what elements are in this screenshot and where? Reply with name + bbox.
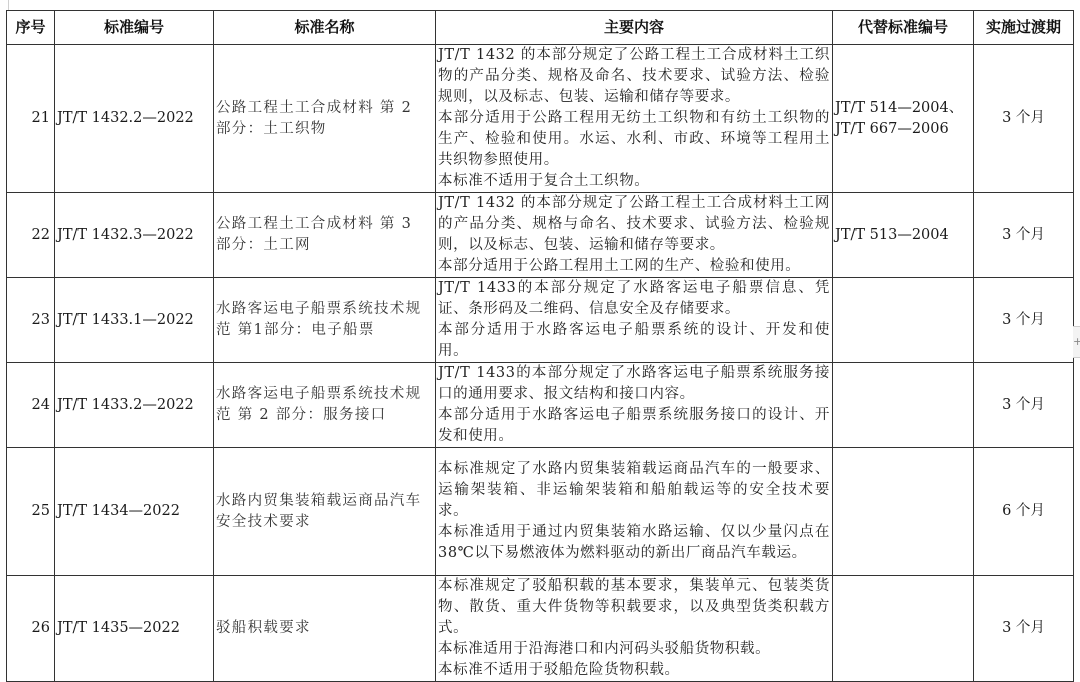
table-row: 21 JT/T 1432.2—2022 公路工程土工合成材料 第 2 部分：土工… xyxy=(7,45,1074,193)
cell-replaces: JT/T 513—2004 xyxy=(833,193,974,278)
content-paragraph: JT/T 1432 的本部分规定了公路工程土工合成材料土工织物的产品分类、规格及… xyxy=(438,45,830,108)
header-name: 标准名称 xyxy=(214,11,436,45)
content-paragraph: JT/T 1433的本部分规定了水路客运电子船票信息、凭证、条形码及二维码、信息… xyxy=(438,278,830,320)
cell-code: JT/T 1434—2022 xyxy=(55,448,214,576)
header-code: 标准编号 xyxy=(55,11,214,45)
cell-replaces xyxy=(833,363,974,448)
cell-seq: 25 xyxy=(7,448,55,576)
cell-name: 公路工程土工合成材料 第 3 部分：土工网 xyxy=(214,193,436,278)
cell-seq: 24 xyxy=(7,363,55,448)
cell-replaces xyxy=(833,576,974,682)
cell-period: 3 个月 xyxy=(974,45,1074,193)
table-row: 26 JT/T 1435—2022 驳船积载要求 本标准规定了驳船积载的基本要求… xyxy=(7,576,1074,682)
cell-name: 水路内贸集装箱载运商品汽车安全技术要求 xyxy=(214,448,436,576)
cell-name: 水路客运电子船票系统技术规范 第 2 部分：服务接口 xyxy=(214,363,436,448)
header-replaces: 代替标准编号 xyxy=(833,11,974,45)
table-row: 22 JT/T 1432.3—2022 公路工程土工合成材料 第 3 部分：土工… xyxy=(7,193,1074,278)
margin-marker xyxy=(8,0,9,10)
content-paragraph: 本部分适用于公路工程用土工网的生产、检验和使用。 xyxy=(438,256,830,277)
cell-period: 6 个月 xyxy=(974,448,1074,576)
content-paragraph: 本标准规定了驳船积载的基本要求，集装单元、包装类货物、散货、重大件货物等积载要求… xyxy=(438,576,830,639)
table-row: 25 JT/T 1434—2022 水路内贸集装箱载运商品汽车安全技术要求 本标… xyxy=(7,448,1074,576)
replaced-standard: JT/T 667—2006 xyxy=(835,119,971,140)
expand-handle[interactable]: + xyxy=(1073,326,1080,358)
cell-content: JT/T 1433的本部分规定了水路客运电子船票系统服务接口的通用要求、报文结构… xyxy=(436,363,833,448)
cell-replaces xyxy=(833,448,974,576)
content-paragraph: 本标准不适用于驳船危险货物积载。 xyxy=(438,660,830,681)
content-paragraph: 本部分适用于公路工程用无纺土工织物和有纺土工织物的生产、检验和使用。水运、水利、… xyxy=(438,108,830,171)
header-content: 主要内容 xyxy=(436,11,833,45)
cell-period: 3 个月 xyxy=(974,278,1074,363)
cell-name: 水路客运电子船票系统技术规范 第1部分：电子船票 xyxy=(214,278,436,363)
cell-name: 公路工程土工合成材料 第 2 部分：土工织物 xyxy=(214,45,436,193)
cell-content: JT/T 1432 的本部分规定了公路工程土工合成材料土工网的产品分类、规格与命… xyxy=(436,193,833,278)
header-seq: 序号 xyxy=(7,11,55,45)
cell-content: JT/T 1433的本部分规定了水路客运电子船票信息、凭证、条形码及二维码、信息… xyxy=(436,278,833,363)
content-paragraph: 本标准适用于沿海港口和内河码头驳船货物积载。 xyxy=(438,639,830,660)
cell-code: JT/T 1432.3—2022 xyxy=(55,193,214,278)
cell-code: JT/T 1435—2022 xyxy=(55,576,214,682)
content-paragraph: JT/T 1433的本部分规定了水路客运电子船票系统服务接口的通用要求、报文结构… xyxy=(438,363,830,405)
cell-code: JT/T 1432.2—2022 xyxy=(55,45,214,193)
table-header-row: 序号 标准编号 标准名称 主要内容 代替标准编号 实施过渡期 xyxy=(7,11,1074,45)
cell-seq: 22 xyxy=(7,193,55,278)
cell-seq: 23 xyxy=(7,278,55,363)
standards-table: 序号 标准编号 标准名称 主要内容 代替标准编号 实施过渡期 21 JT/T 1… xyxy=(6,10,1074,682)
content-paragraph: 本部分适用于水路客运电子船票系统服务接口的设计、开发和使用。 xyxy=(438,405,830,447)
content-paragraph: 本标准适用于通过内贸集装箱水路运输、仅以少量闪点在38℃以下易燃液体为燃料驱动的… xyxy=(438,522,830,564)
cell-content: 本标准规定了水路内贸集装箱载运商品汽车的一般要求、运输架装箱、非运输架装箱和船舶… xyxy=(436,448,833,576)
table-row: 24 JT/T 1433.2—2022 水路客运电子船票系统技术规范 第 2 部… xyxy=(7,363,1074,448)
cell-replaces xyxy=(833,278,974,363)
table-row: 23 JT/T 1433.1—2022 水路客运电子船票系统技术规范 第1部分：… xyxy=(7,278,1074,363)
cell-seq: 21 xyxy=(7,45,55,193)
plus-icon: + xyxy=(1073,335,1080,348)
page-top-margin xyxy=(0,0,1080,10)
cell-code: JT/T 1433.2—2022 xyxy=(55,363,214,448)
header-period: 实施过渡期 xyxy=(974,11,1074,45)
cell-seq: 26 xyxy=(7,576,55,682)
content-paragraph: 本部分适用于水路客运电子船票系统的设计、开发和使用。 xyxy=(438,320,830,362)
cell-period: 3 个月 xyxy=(974,363,1074,448)
cell-replaces: JT/T 514—2004、 JT/T 667—2006 xyxy=(833,45,974,193)
cell-content: 本标准规定了驳船积载的基本要求，集装单元、包装类货物、散货、重大件货物等积载要求… xyxy=(436,576,833,682)
cell-name: 驳船积载要求 xyxy=(214,576,436,682)
content-paragraph: 本标准规定了水路内贸集装箱载运商品汽车的一般要求、运输架装箱、非运输架装箱和船舶… xyxy=(438,459,830,522)
replaced-standard: JT/T 513—2004 xyxy=(835,225,971,246)
cell-period: 3 个月 xyxy=(974,193,1074,278)
content-paragraph: 本标准不适用于复合土工织物。 xyxy=(438,171,830,192)
content-paragraph: JT/T 1432 的本部分规定了公路工程土工合成材料土工网的产品分类、规格与命… xyxy=(438,193,830,256)
cell-code: JT/T 1433.1—2022 xyxy=(55,278,214,363)
replaced-standard: JT/T 514—2004、 xyxy=(835,98,971,119)
cell-content: JT/T 1432 的本部分规定了公路工程土工合成材料土工织物的产品分类、规格及… xyxy=(436,45,833,193)
cell-period: 3 个月 xyxy=(974,576,1074,682)
